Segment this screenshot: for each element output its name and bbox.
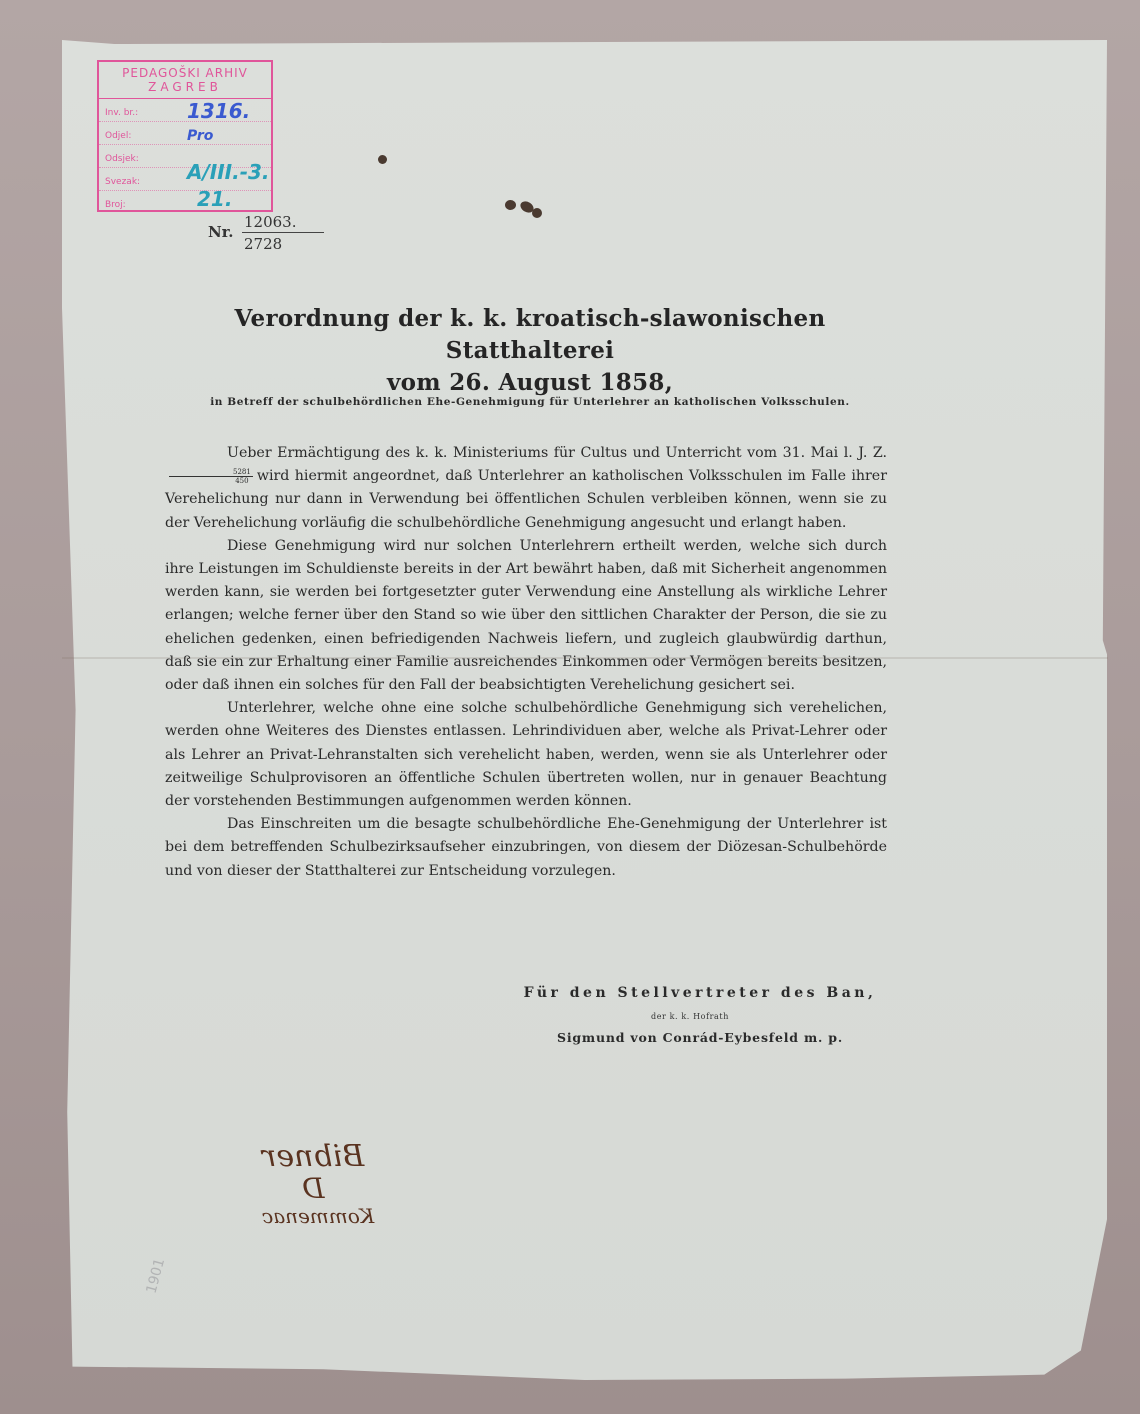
handwriting-line-3: Kommenac <box>262 1204 502 1228</box>
stamp-value-number: 21. <box>197 187 232 211</box>
stamp-label: Odjel: <box>105 131 131 141</box>
decree-fraction: 5281450 <box>169 468 253 485</box>
stamp-row-volume: Svezak: A/III.-3. <box>99 168 271 191</box>
reference-numerator: 12063. <box>244 213 297 231</box>
stamp-label: Inv. br.: <box>105 108 138 118</box>
handwritten-bleedthrough: Bibner D Kommenac <box>262 1140 502 1228</box>
reference-denominator: 2728 <box>244 235 282 253</box>
signature-line-1: Für den Stellvertreter des Ban, <box>520 985 880 1001</box>
stamp-row-inventory: Inv. br.: 1316. <box>99 99 271 122</box>
document-subtitle: in Betreff der schulbehördlichen Ehe-Gen… <box>150 396 910 408</box>
handwriting-line-1: Bibner <box>262 1140 502 1174</box>
title-line-2: vom 26. August 1858, <box>150 367 910 399</box>
stamp-label: Odsjek: <box>105 154 139 164</box>
paragraph-4: Das Einschreiten um die besagte schulbeh… <box>165 813 887 883</box>
reference-divider <box>242 232 324 233</box>
paragraph-text: wird hiermit angeordnet, daß Unterlehrer… <box>165 468 887 530</box>
stamp-row-number: Broj: 21. <box>99 191 271 213</box>
fraction-denominator: 450 <box>169 477 253 485</box>
archive-stamp: PEDAGOŠKI ARHIV ZAGREB Inv. br.: 1316. O… <box>97 60 273 212</box>
ink-spot <box>378 155 387 164</box>
stamp-label: Broj: <box>105 200 126 210</box>
fraction-numerator: 5281 <box>169 468 253 477</box>
stamp-city: ZAGREB <box>99 80 271 99</box>
stamp-row-department: Odjel: Pro <box>99 122 271 145</box>
document-body: Ueber Ermächtigung des k. k. Ministerium… <box>165 442 887 883</box>
ink-spot <box>532 208 542 218</box>
paragraph-1: Ueber Ermächtigung des k. k. Ministerium… <box>165 442 887 535</box>
paragraph-text: Ueber Ermächtigung des k. k. Ministerium… <box>227 445 887 461</box>
stamp-value-inventory: 1316. <box>187 99 250 123</box>
document-title: Verordnung der k. k. kroatisch-slawonisc… <box>150 303 910 399</box>
ink-spot <box>505 200 516 210</box>
stamp-value-department: Pro <box>187 128 213 144</box>
signature-line-3: Sigmund von Conrád-Eybesfeld m. p. <box>520 1030 880 1045</box>
paragraph-3: Unterlehrer, welche ohne eine solche sch… <box>165 697 887 813</box>
paragraph-2: Diese Genehmigung wird nur solchen Unter… <box>165 535 887 697</box>
handwriting-line-2: D <box>262 1174 502 1204</box>
stamp-label: Svezak: <box>105 177 140 187</box>
signature-line-2: der k. k. Hofrath <box>520 1012 860 1021</box>
stamp-institution: PEDAGOŠKI ARHIV <box>99 62 271 80</box>
reference-prefix: Nr. <box>208 223 233 241</box>
title-line-1: Verordnung der k. k. kroatisch-slawonisc… <box>150 303 910 367</box>
stamp-value-volume: A/III.-3. <box>187 160 270 184</box>
